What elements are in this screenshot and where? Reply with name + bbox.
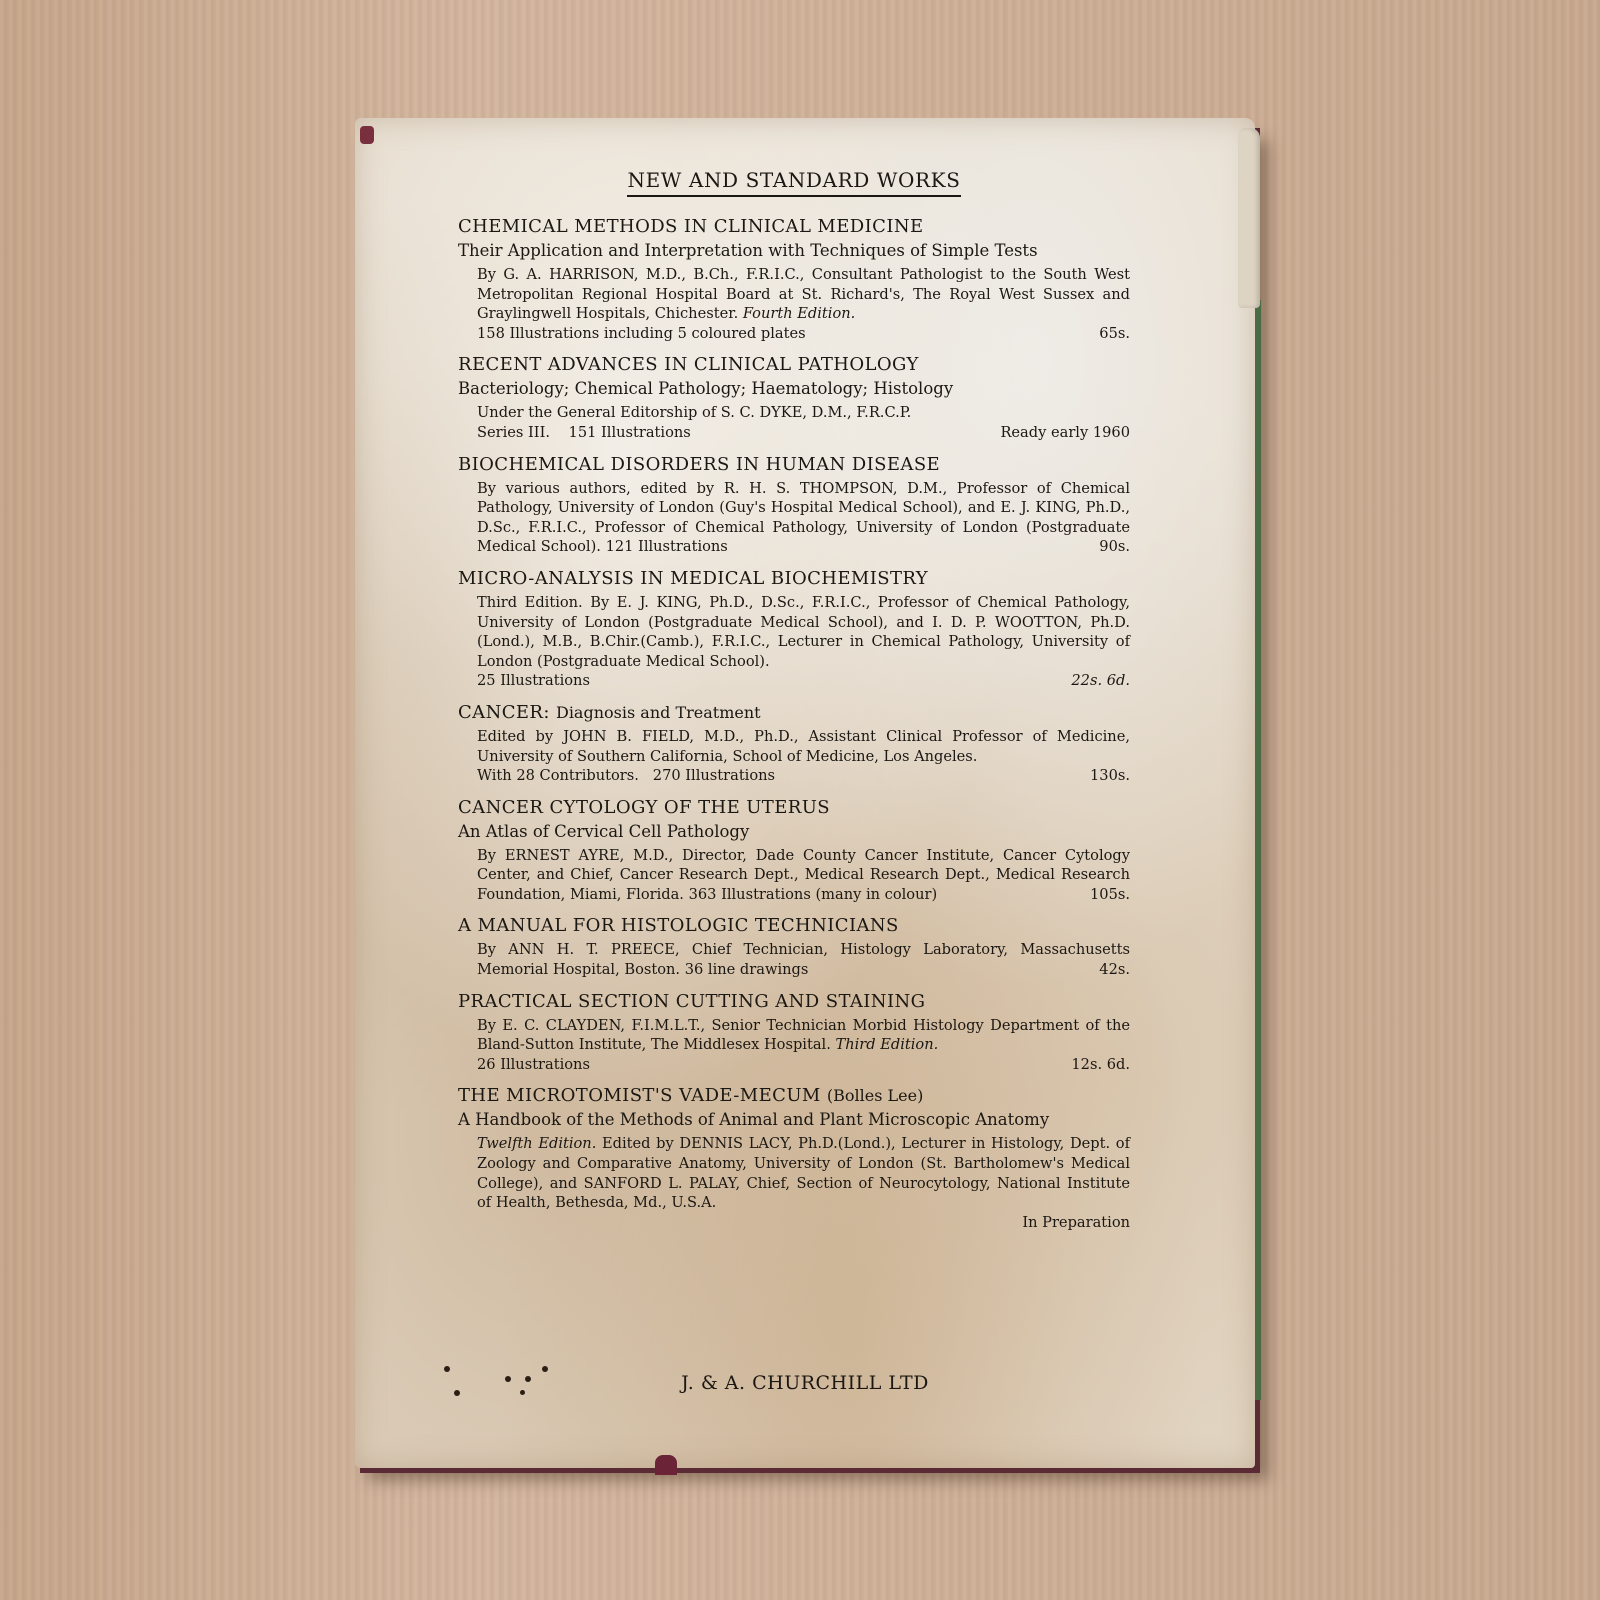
book-price: 65s. — [1099, 324, 1130, 344]
book-title: BIOCHEMICAL DISORDERS IN HUMAN DISEASE — [458, 453, 1130, 477]
book-description: Edited by JOHN B. FIELD, M.D., Ph.D., As… — [458, 727, 1130, 786]
book-illustrations: With 28 Contributors. 270 Illustrations — [477, 766, 775, 786]
book-title: THE MICROTOMIST'S VADE-MECUM (Bolles Lee… — [458, 1084, 1130, 1108]
page-title: NEW AND STANDARD WORKS — [458, 168, 1130, 197]
book-availability: Ready early 1960 — [1000, 423, 1130, 443]
book-title: CHEMICAL METHODS IN CLINICAL MEDICINE — [458, 215, 1130, 239]
book-title: RECENT ADVANCES IN CLINICAL PATHOLOGY — [458, 353, 1130, 377]
book-illustrations: 36 line drawings — [685, 961, 809, 978]
book-price: 22s. 6d. — [1071, 671, 1130, 691]
book-illustrations: 25 Illustrations — [477, 671, 590, 691]
book-subtitle: An Atlas of Cervical Cell Pathology — [458, 820, 1130, 844]
book-edition: Fourth Edition. — [743, 305, 855, 322]
book-title: PRACTICAL SECTION CUTTING AND STAINING — [458, 990, 1130, 1014]
book-description: Twelfth Edition. Edited by DENNIS LACY, … — [458, 1134, 1130, 1232]
book-price: 12s. 6d. — [1071, 1055, 1130, 1075]
book-edition: Third Edition. — [835, 1036, 938, 1053]
book-price: 130s. — [1090, 766, 1130, 786]
book-description: Third Edition. By E. J. KING, Ph.D., D.S… — [458, 593, 1130, 691]
book-title: CANCER: Diagnosis and Treatment — [458, 701, 1130, 725]
jacket-tear — [1238, 128, 1260, 308]
book-entry: MICRO-ANALYSIS IN MEDICAL BIOCHEMISTRY T… — [458, 567, 1130, 691]
bottom-tear — [655, 1455, 677, 1475]
book-title: CANCER CYTOLOGY OF THE UTERUS — [458, 796, 1130, 820]
book-illustrations: Series III. 151 Illustrations — [477, 423, 691, 443]
book-entry: CANCER: Diagnosis and Treatment Edited b… — [458, 701, 1130, 786]
book-entry: RECENT ADVANCES IN CLINICAL PATHOLOGY Ba… — [458, 353, 1130, 442]
book-price: 105s. — [1090, 885, 1130, 905]
book-entry: CANCER CYTOLOGY OF THE UTERUS An Atlas o… — [458, 796, 1130, 905]
book-illustrations: 158 Illustrations including 5 coloured p… — [477, 324, 806, 344]
book-entry: PRACTICAL SECTION CUTTING AND STAINING B… — [458, 990, 1130, 1075]
book-title-suffix: Diagnosis and Treatment — [556, 703, 761, 722]
book-entry: A MANUAL FOR HISTOLOGIC TECHNICIANS By A… — [458, 914, 1130, 979]
book-description: By E. C. CLAYDEN, F.I.M.L.T., Senior Tec… — [458, 1016, 1130, 1075]
book-description: By ERNEST AYRE, M.D., Director, Dade Cou… — [458, 846, 1130, 905]
book-subtitle: Bacteriology; Chemical Pathology; Haemat… — [458, 377, 1130, 401]
book-entry: CHEMICAL METHODS IN CLINICAL MEDICINE Th… — [458, 215, 1130, 343]
book-title: MICRO-ANALYSIS IN MEDICAL BIOCHEMISTRY — [458, 567, 1130, 591]
publisher-name: J. & A. CHURCHILL LTD — [355, 1372, 1255, 1394]
book-title-suffix: (Bolles Lee) — [827, 1086, 923, 1105]
book-subtitle: Their Application and Interpretation wit… — [458, 239, 1130, 263]
book-illustrations: 26 Illustrations — [477, 1055, 590, 1075]
book-description: Under the General Editorship of S. C. DY… — [458, 403, 1130, 442]
book-description: By ANN H. T. PREECE, Chief Technician, H… — [458, 940, 1130, 979]
book-price: 42s. — [1099, 960, 1130, 980]
book-entry: THE MICROTOMIST'S VADE-MECUM (Bolles Lee… — [458, 1084, 1130, 1232]
book-title: A MANUAL FOR HISTOLOGIC TECHNICIANS — [458, 914, 1130, 938]
book-illustrations: 121 Illustrations — [606, 538, 728, 555]
spine-corner — [360, 126, 374, 144]
book-description: By G. A. HARRISON, M.D., B.Ch., F.R.I.C.… — [458, 265, 1130, 343]
book-description: By various authors, edited by R. H. S. T… — [458, 479, 1130, 557]
book-edition: Twelfth Edition. — [477, 1135, 596, 1152]
book-subtitle: A Handbook of the Methods of Animal and … — [458, 1108, 1130, 1132]
book-list: NEW AND STANDARD WORKS CHEMICAL METHODS … — [458, 168, 1130, 1242]
book-entry: BIOCHEMICAL DISORDERS IN HUMAN DISEASE B… — [458, 453, 1130, 557]
book-availability: In Preparation — [1022, 1214, 1130, 1231]
book-price: 90s. — [1099, 537, 1130, 557]
